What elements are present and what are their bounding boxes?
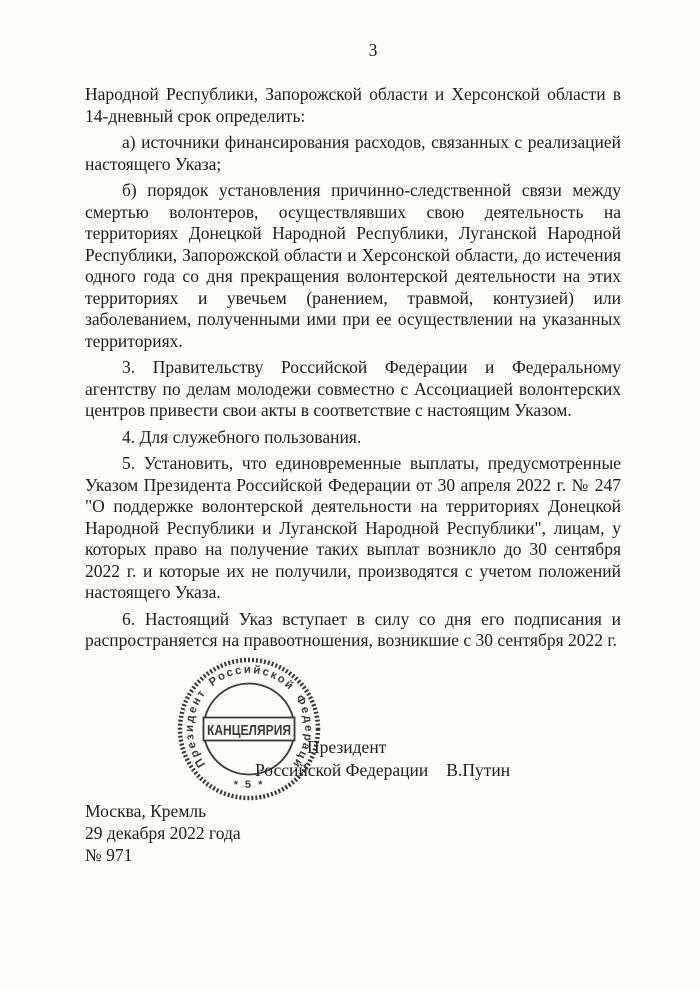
signature-title-line1: Президент — [307, 736, 510, 759]
stamp-bottom-text: * 5 * — [234, 779, 265, 791]
decree-number: № 971 — [85, 844, 241, 866]
signature-name: В.Путин — [446, 759, 510, 782]
page-number: 3 — [105, 40, 641, 61]
stamp-center-text: КАНЦЕЛЯРИЯ — [207, 723, 291, 739]
chancellery-stamp-icon: Президент Российской Федерации * 5 * КАН… — [174, 654, 324, 804]
paragraph: 6. Настоящий Указ вступает в силу со дня… — [85, 609, 621, 652]
paragraph: 3. Правительству Российской Федерации и … — [85, 357, 621, 422]
issuance-date: 29 декабря 2022 года — [85, 822, 241, 844]
issuance-block: Москва, Кремль 29 декабря 2022 года № 97… — [85, 800, 241, 866]
paragraph: б) порядок установления причинно-следств… — [85, 180, 621, 352]
paragraph: Народной Республики, Запорожской области… — [85, 84, 621, 127]
stamp-ring-text: Президент Российской Федерации — [174, 654, 314, 771]
paragraph: 5. Установить, что единовременные выплат… — [85, 453, 621, 604]
paragraph: 4. Для служебного пользования. — [85, 427, 621, 449]
paragraph: а) источники финансирования расходов, св… — [85, 132, 621, 175]
decree-body: Народной Республики, Запорожской области… — [85, 84, 621, 657]
document-page: 3 Народной Республики, Запорожской облас… — [0, 0, 700, 990]
svg-text:Президент Российской Федерации: Президент Российской Федерации — [174, 654, 314, 771]
